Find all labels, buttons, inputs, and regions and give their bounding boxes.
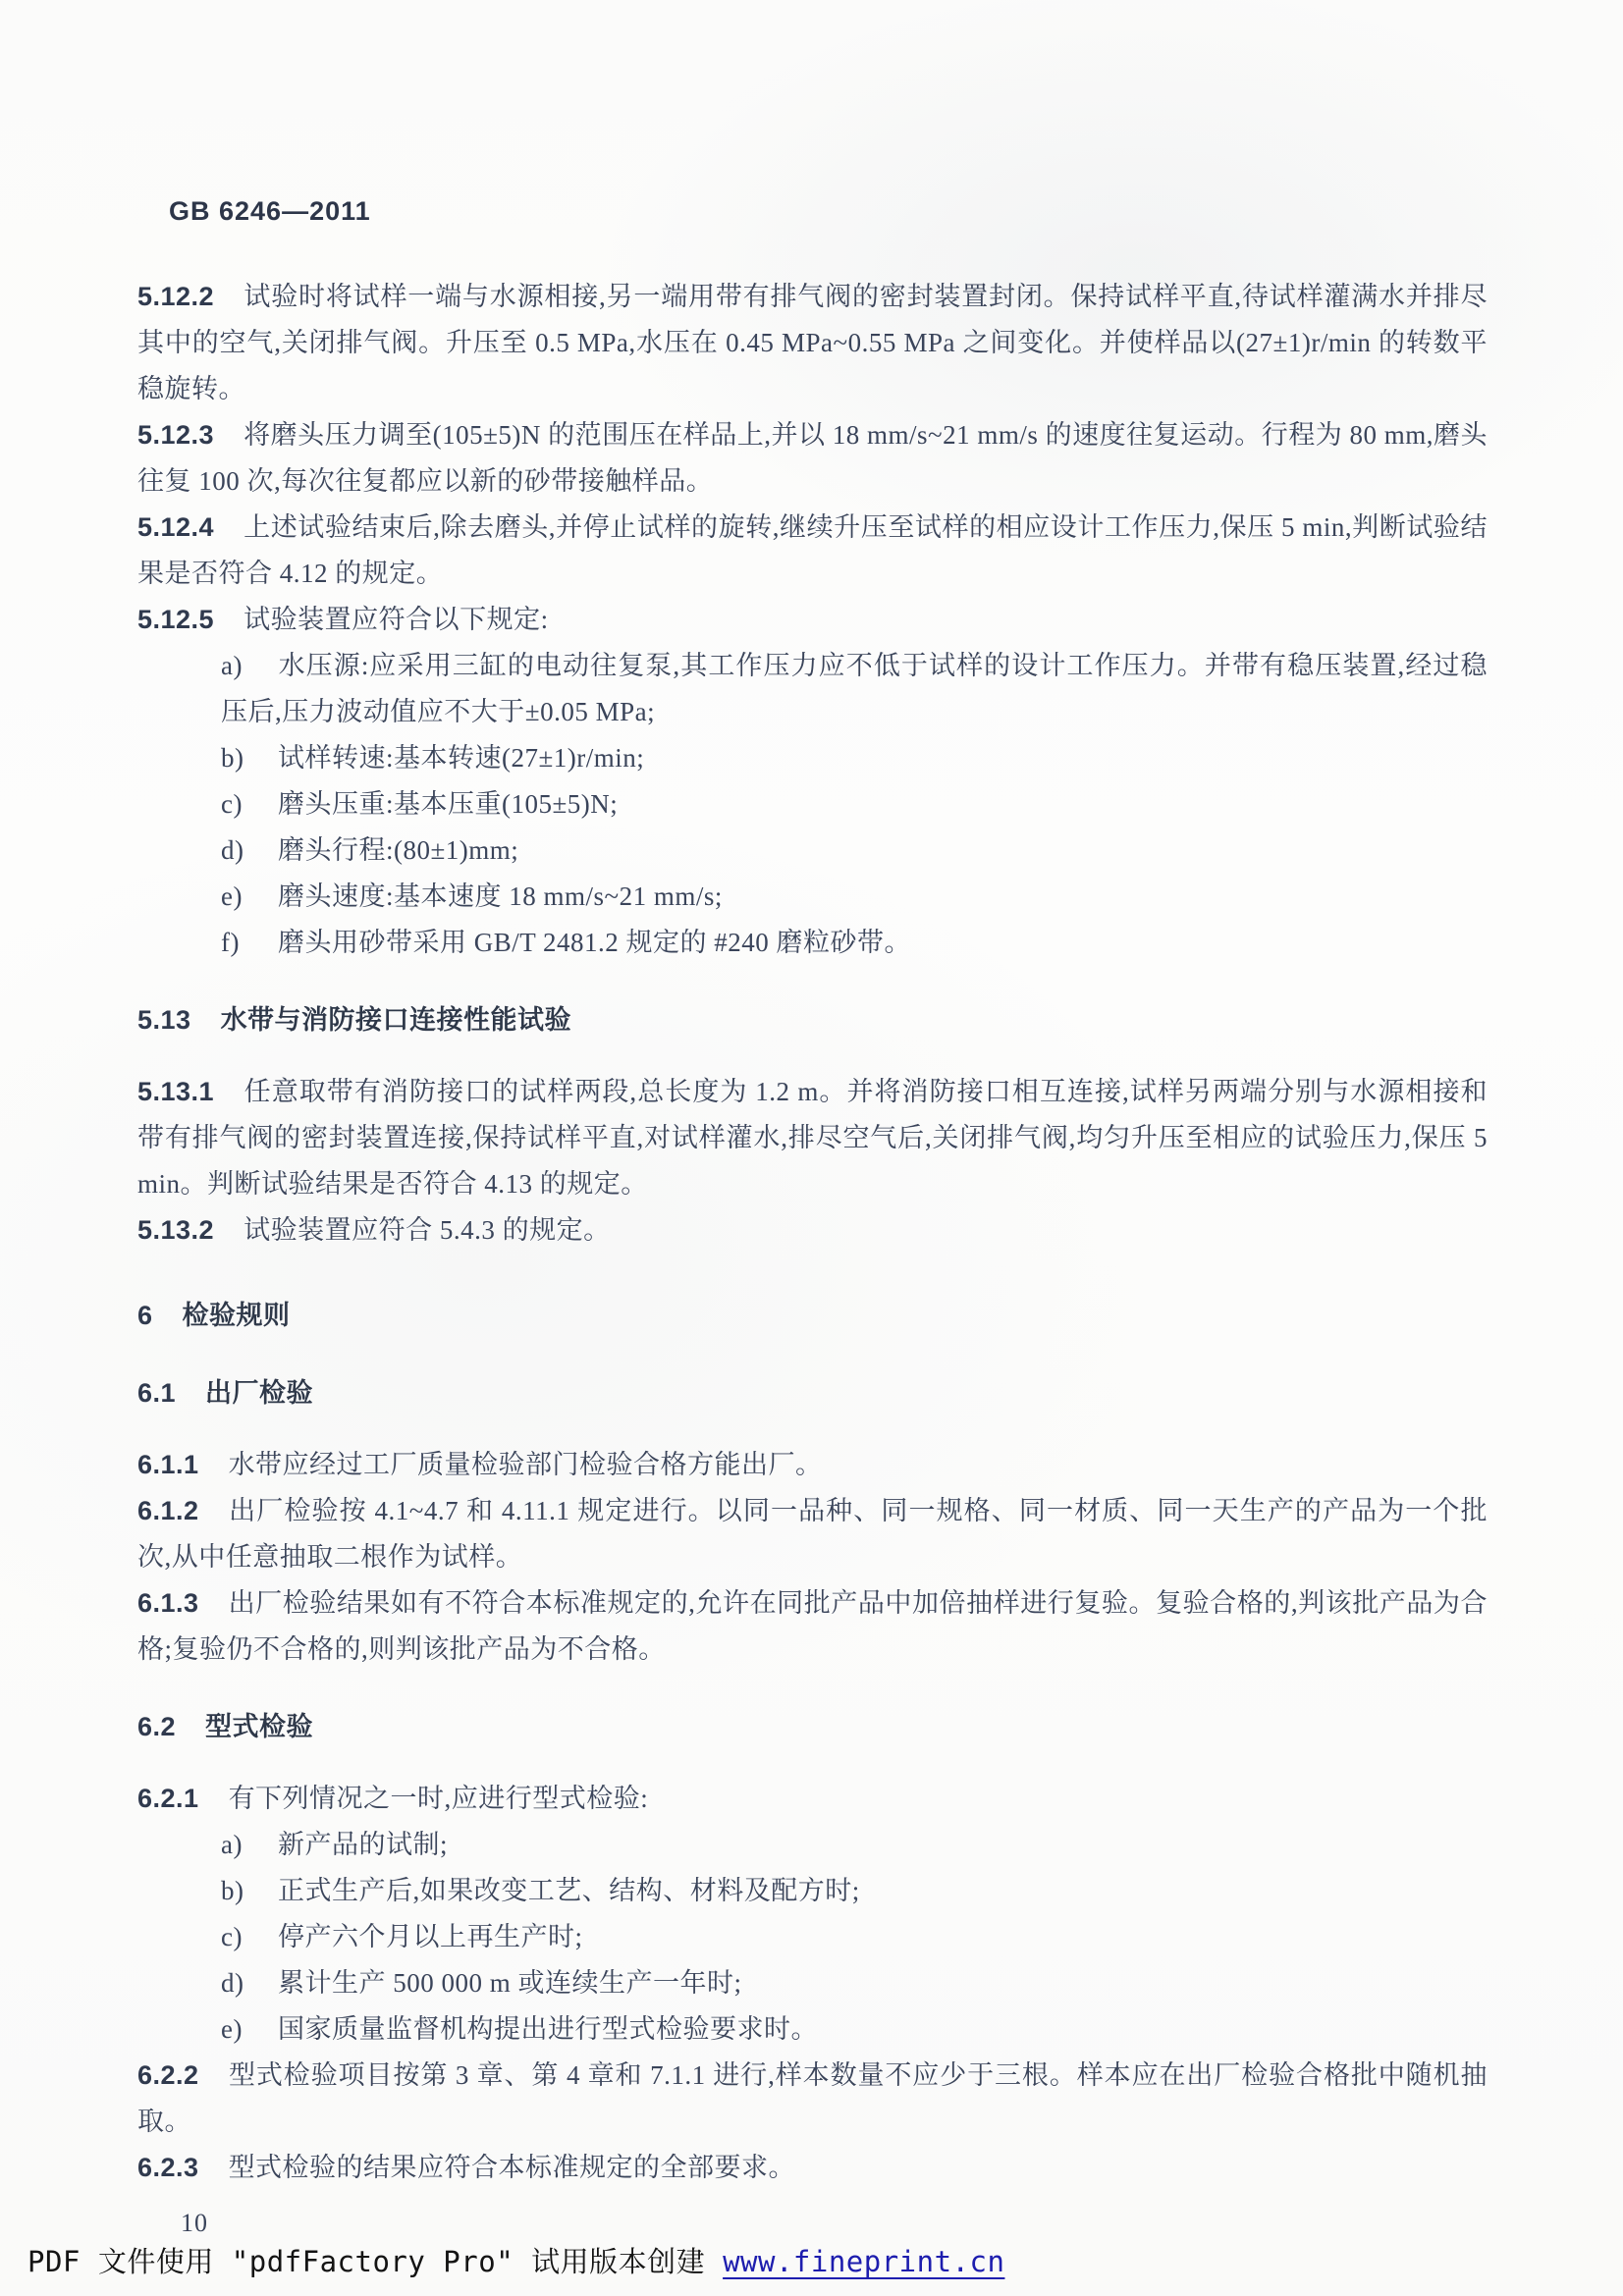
clause-number: 6.1.1 <box>137 1450 199 1479</box>
clause-text: 型式检验项目按第 3 章、第 4 章和 7.1.1 进行,样本数量不应少于三根。… <box>137 2060 1488 2136</box>
list-item-e: e)磨头速度:基本速度 18 mm/s~21 mm/s; <box>137 874 1488 920</box>
clause-number: 5.13.1 <box>137 1077 214 1106</box>
list-text: 停产六个月以上再生产时; <box>278 1922 583 1951</box>
list-item-d: d)磨头行程:(80±1)mm; <box>137 828 1488 874</box>
heading-number: 5.13 <box>137 1005 191 1035</box>
heading-text: 水带与消防接口连接性能试验 <box>221 1005 572 1035</box>
heading-6: 6检验规则 <box>137 1293 1488 1339</box>
list-text: 磨头速度:基本速度 18 mm/s~21 mm/s; <box>278 881 723 911</box>
list-marker: b) <box>221 1868 278 1914</box>
list-text: 累计生产 500 000 m 或连续生产一年时; <box>278 1968 742 1998</box>
list-marker: e) <box>221 2006 278 2053</box>
list-item-a: a)水压源:应采用三缸的电动往复泵,其工作压力应不低于试样的设计工作压力。并带有… <box>137 643 1488 735</box>
clause-text: 试验装置应符合 5.4.3 的规定。 <box>243 1215 611 1245</box>
list-item-b: b)正式生产后,如果改变工艺、结构、材料及配方时; <box>137 1868 1488 1914</box>
pdf-watermark: PDF 文件使用 "pdfFactory Pro" 试用版本创建 www.fin… <box>27 2240 1004 2280</box>
clause-6-1-3: 6.1.3出厂检验结果如有不符合本标准规定的,允许在同批产品中加倍抽样进行复验。… <box>137 1580 1488 1673</box>
clause-number: 5.13.2 <box>137 1215 214 1245</box>
heading-text: 型式检验 <box>205 1712 313 1741</box>
list-item-b: b)试样转速:基本转速(27±1)r/min; <box>137 735 1488 781</box>
clause-5-12-5: 5.12.5试验装置应符合以下规定: <box>137 597 1488 643</box>
list-item-c: c)停产六个月以上再生产时; <box>137 1914 1488 1960</box>
clause-number: 5.12.4 <box>137 512 214 542</box>
clause-5-13-1: 5.13.1任意取带有消防接口的试样两段,总长度为 1.2 m。并将消防接口相互… <box>137 1069 1488 1207</box>
heading-text: 检验规则 <box>183 1301 291 1330</box>
heading-number: 6 <box>137 1301 153 1330</box>
clause-number: 6.2.2 <box>137 2060 199 2090</box>
clause-number: 6.2.3 <box>137 2153 199 2182</box>
heading-6-1: 6.1出厂检验 <box>137 1370 1488 1416</box>
clause-text: 出厂检验按 4.1~4.7 和 4.11.1 规定进行。以同一品种、同一规格、同… <box>137 1496 1488 1572</box>
scanned-content: GB 6246—2011 5.12.2试验时将试样一端与水源相接,另一端用带有排… <box>0 0 1623 2238</box>
clause-text: 试验装置应符合以下规定: <box>243 605 549 634</box>
list-text: 磨头用砂带采用 GB/T 2481.2 规定的 #240 磨粒砂带。 <box>278 928 911 957</box>
heading-5-13: 5.13水带与消防接口连接性能试验 <box>137 997 1488 1043</box>
list-marker: c) <box>221 1914 278 1960</box>
clause-text: 任意取带有消防接口的试样两段,总长度为 1.2 m。并将消防接口相互连接,试样另… <box>137 1077 1488 1199</box>
list-text: 新产品的试制; <box>278 1830 448 1859</box>
list-marker: f) <box>221 920 278 966</box>
clause-5-12-2: 5.12.2试验时将试样一端与水源相接,另一端用带有排气阀的密封装置封闭。保持试… <box>137 274 1488 412</box>
clause-text: 将磨头压力调至(105±5)N 的范围压在样品上,并以 18 mm/s~21 m… <box>137 420 1488 496</box>
clause-6-2-1: 6.2.1有下列情况之一时,应进行型式检验: <box>137 1776 1488 1822</box>
clause-number: 6.2.1 <box>137 1784 199 1813</box>
clause-number: 6.1.2 <box>137 1496 199 1525</box>
clause-text: 试验时将试样一端与水源相接,另一端用带有排气阀的密封装置封闭。保持试样平直,待试… <box>137 282 1488 403</box>
list-text: 磨头压重:基本压重(105±5)N; <box>278 789 618 819</box>
heading-number: 6.2 <box>137 1712 176 1741</box>
watermark-text: PDF 文件使用 "pdfFactory Pro" 试用版本创建 <box>27 2245 723 2278</box>
list-marker: b) <box>221 735 278 781</box>
clause-6-1-2: 6.1.2出厂检验按 4.1~4.7 和 4.11.1 规定进行。以同一品种、同… <box>137 1488 1488 1580</box>
list-text: 磨头行程:(80±1)mm; <box>278 835 518 865</box>
list-item-c: c)磨头压重:基本压重(105±5)N; <box>137 781 1488 828</box>
clause-6-2-2: 6.2.2型式检验项目按第 3 章、第 4 章和 7.1.1 进行,样本数量不应… <box>137 2053 1488 2145</box>
heading-6-2: 6.2型式检验 <box>137 1704 1488 1750</box>
clause-text: 上述试验结束后,除去磨头,并停止试样的旋转,继续升压至试样的相应设计工作压力,保… <box>137 512 1488 588</box>
list-text: 正式生产后,如果改变工艺、结构、材料及配方时; <box>278 1876 860 1905</box>
list-item-e: e)国家质量监督机构提出进行型式检验要求时。 <box>137 2006 1488 2053</box>
clause-number: 6.1.3 <box>137 1588 199 1618</box>
list-marker: d) <box>221 828 278 874</box>
clause-text: 出厂检验结果如有不符合本标准规定的,允许在同批产品中加倍抽样进行复验。复验合格的… <box>137 1588 1488 1664</box>
clause-5-12-3: 5.12.3将磨头压力调至(105±5)N 的范围压在样品上,并以 18 mm/… <box>137 412 1488 505</box>
clause-number: 5.12.5 <box>137 605 214 634</box>
list-marker: a) <box>221 643 278 689</box>
list-item-d: d)累计生产 500 000 m 或连续生产一年时; <box>137 1960 1488 2006</box>
list-text: 试样转速:基本转速(27±1)r/min; <box>278 743 644 773</box>
list-text: 国家质量监督机构提出进行型式检验要求时。 <box>278 2014 818 2044</box>
list-marker: a) <box>221 1822 278 1868</box>
page-number: 10 <box>181 2209 1488 2238</box>
heading-text: 出厂检验 <box>205 1378 313 1408</box>
clause-5-12-4: 5.12.4上述试验结束后,除去磨头,并停止试样的旋转,继续升压至试样的相应设计… <box>137 505 1488 597</box>
clause-number: 5.12.2 <box>137 282 214 311</box>
clause-text: 有下列情况之一时,应进行型式检验: <box>229 1784 649 1813</box>
clause-text: 型式检验的结果应符合本标准规定的全部要求。 <box>229 2153 796 2182</box>
list-text: 水压源:应采用三缸的电动往复泵,其工作压力应不低于试样的设计工作压力。并带有稳压… <box>221 651 1488 726</box>
list-marker: e) <box>221 874 278 920</box>
clause-6-2-3: 6.2.3型式检验的结果应符合本标准规定的全部要求。 <box>137 2145 1488 2191</box>
list-marker: c) <box>221 781 278 828</box>
document-page: GB 6246—2011 5.12.2试验时将试样一端与水源相接,另一端用带有排… <box>0 0 1623 2296</box>
clause-6-1-1: 6.1.1水带应经过工厂质量检验部门检验合格方能出厂。 <box>137 1442 1488 1488</box>
standard-number: GB 6246—2011 <box>169 196 1488 227</box>
list-item-f: f)磨头用砂带采用 GB/T 2481.2 规定的 #240 磨粒砂带。 <box>137 920 1488 966</box>
list-item-a: a)新产品的试制; <box>137 1822 1488 1868</box>
heading-number: 6.1 <box>137 1378 176 1408</box>
list-marker: d) <box>221 1960 278 2006</box>
fineprint-link[interactable]: www.fineprint.cn <box>723 2245 1004 2278</box>
clause-text: 水带应经过工厂质量检验部门检验合格方能出厂。 <box>229 1450 823 1479</box>
clause-number: 5.12.3 <box>137 420 214 450</box>
clause-5-13-2: 5.13.2试验装置应符合 5.4.3 的规定。 <box>137 1207 1488 1254</box>
